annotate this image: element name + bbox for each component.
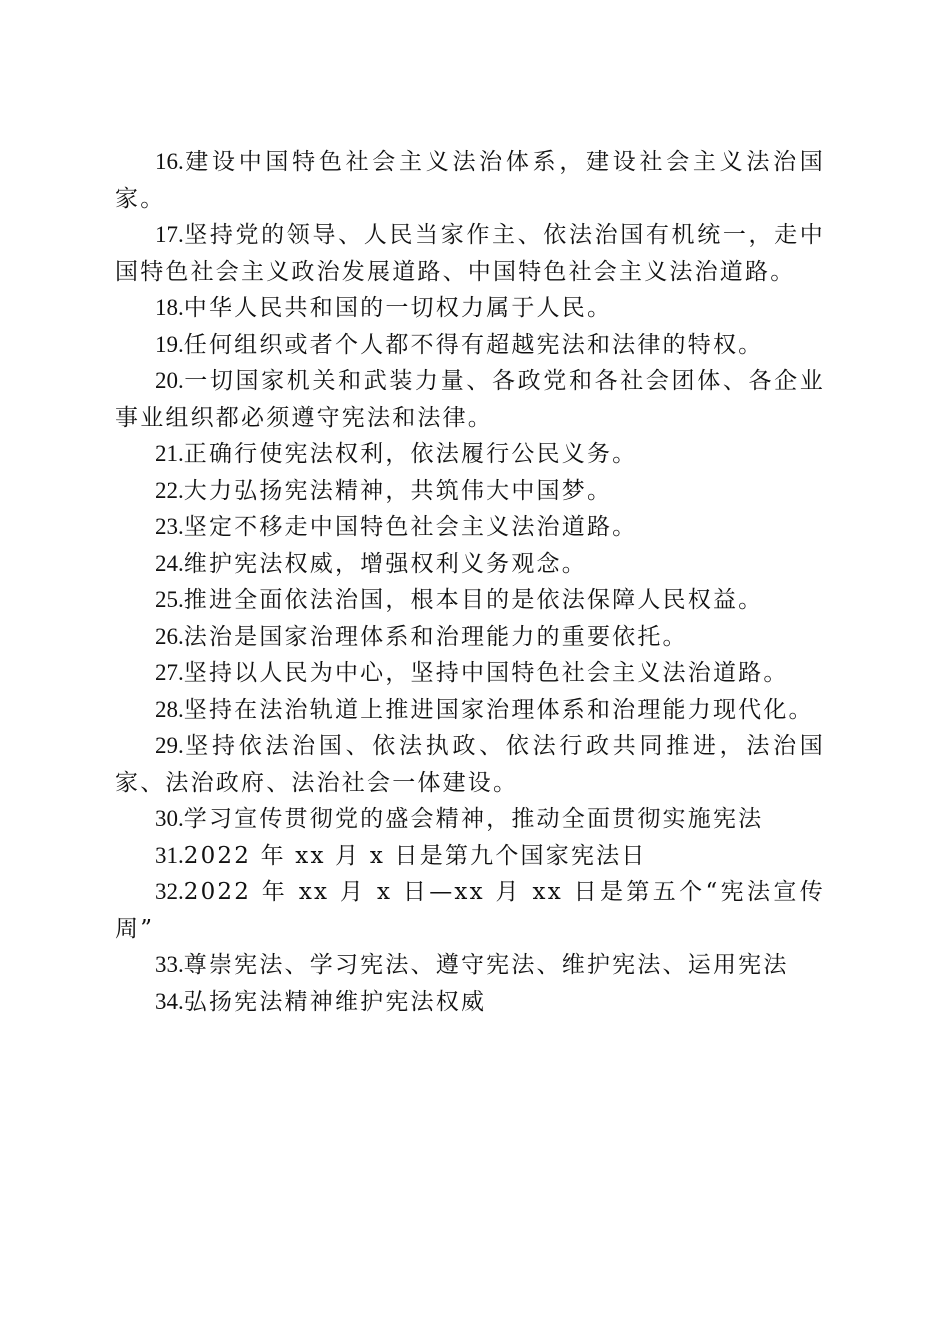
item-number: 24. <box>155 551 184 576</box>
item-text: 任何组织或者个人都不得有超越宪法和法律的特权。 <box>184 332 764 358</box>
item-number: 21. <box>155 441 184 466</box>
list-item-31: 31.2022 年 xx 月 x 日是第九个国家宪法日 <box>115 838 825 875</box>
list-item-29: 29.坚持依法治国、依法执政、依法行政共同推进，法治国家、法治政府、法治社会一体… <box>115 728 825 801</box>
item-text: 坚定不移走中国特色社会主义法治道路。 <box>184 514 638 540</box>
item-number: 29. <box>155 733 184 758</box>
item-text: 弘扬宪法精神维护宪法权威 <box>184 989 486 1015</box>
item-number: 22. <box>155 478 184 503</box>
item-text: 推进全面依法治国，根本目的是依法保障人民权益。 <box>184 587 764 613</box>
item-number: 20. <box>155 368 184 393</box>
item-text: 坚持依法治国、依法执政、依法行政共同推进，法治国家、法治政府、法治社会一体建设。 <box>115 733 825 796</box>
item-number: 19. <box>155 332 184 357</box>
list-item-26: 26.法治是国家治理体系和治理能力的重要依托。 <box>115 619 825 656</box>
item-number: 17. <box>155 222 184 247</box>
item-text: 建设中国特色社会主义法治体系，建设社会主义法治国家。 <box>115 149 825 212</box>
item-text: 坚持以人民为中心，坚持中国特色社会主义法治道路。 <box>184 660 789 686</box>
item-text: 2022 年 xx 月 x 日—xx 月 xx 日是第五个“宪法宣传周” <box>115 879 825 942</box>
list-item-30: 30.学习宣传贯彻党的盛会精神，推动全面贯彻实施宪法 <box>115 801 825 838</box>
item-number: 28. <box>155 697 184 722</box>
list-item-25: 25.推进全面依法治国，根本目的是依法保障人民权益。 <box>115 582 825 619</box>
item-text: 中华人民共和国的一切权力属于人民。 <box>184 295 612 321</box>
item-number: 34. <box>155 989 184 1014</box>
item-number: 27. <box>155 660 184 685</box>
list-item-16: 16.建设中国特色社会主义法治体系，建设社会主义法治国家。 <box>115 144 825 217</box>
list-item-27: 27.坚持以人民为中心，坚持中国特色社会主义法治道路。 <box>115 655 825 692</box>
item-number: 32. <box>155 879 184 904</box>
list-item-34: 34.弘扬宪法精神维护宪法权威 <box>115 984 825 1021</box>
list-item-28: 28.坚持在法治轨道上推进国家治理体系和治理能力现代化。 <box>115 692 825 729</box>
item-number: 18. <box>155 295 184 320</box>
item-text: 法治是国家治理体系和治理能力的重要依托。 <box>184 624 688 650</box>
list-item-32: 32.2022 年 xx 月 x 日—xx 月 xx 日是第五个“宪法宣传周” <box>115 874 825 947</box>
list-item-19: 19.任何组织或者个人都不得有超越宪法和法律的特权。 <box>115 327 825 364</box>
item-number: 16. <box>155 149 184 174</box>
list-item-21: 21.正确行使宪法权利，依法履行公民义务。 <box>115 436 825 473</box>
list-item-23: 23.坚定不移走中国特色社会主义法治道路。 <box>115 509 825 546</box>
item-number: 30. <box>155 806 184 831</box>
item-text: 坚持在法治轨道上推进国家治理体系和治理能力现代化。 <box>184 697 814 723</box>
list-item-17: 17.坚持党的领导、人民当家作主、依法治国有机统一，走中国特色社会主义政治发展道… <box>115 217 825 290</box>
list-item-18: 18.中华人民共和国的一切权力属于人民。 <box>115 290 825 327</box>
item-text: 2022 年 xx 月 x 日是第九个国家宪法日 <box>184 843 647 869</box>
item-number: 23. <box>155 514 184 539</box>
item-text: 正确行使宪法权利，依法履行公民义务。 <box>184 441 638 467</box>
item-text: 尊崇宪法、学习宪法、遵守宪法、维护宪法、运用宪法 <box>184 952 789 978</box>
list-item-33: 33.尊崇宪法、学习宪法、遵守宪法、维护宪法、运用宪法 <box>115 947 825 984</box>
item-number: 31. <box>155 843 184 868</box>
item-text: 一切国家机关和武装力量、各政党和各社会团体、各企业事业组织都必须遵守宪法和法律。 <box>115 368 825 431</box>
item-text: 坚持党的领导、人民当家作主、依法治国有机统一，走中国特色社会主义政治发展道路、中… <box>115 222 825 285</box>
item-text: 维护宪法权威，增强权利义务观念。 <box>184 551 587 577</box>
item-number: 26. <box>155 624 184 649</box>
list-item-22: 22.大力弘扬宪法精神，共筑伟大中国梦。 <box>115 473 825 510</box>
item-number: 25. <box>155 587 184 612</box>
item-text: 大力弘扬宪法精神，共筑伟大中国梦。 <box>184 478 612 504</box>
document-page: 16.建设中国特色社会主义法治体系，建设社会主义法治国家。 17.坚持党的领导、… <box>115 144 825 1020</box>
list-item-20: 20.一切国家机关和武装力量、各政党和各社会团体、各企业事业组织都必须遵守宪法和… <box>115 363 825 436</box>
item-text: 学习宣传贯彻党的盛会精神，推动全面贯彻实施宪法 <box>184 806 764 832</box>
item-number: 33. <box>155 952 184 977</box>
list-item-24: 24.维护宪法权威，增强权利义务观念。 <box>115 546 825 583</box>
